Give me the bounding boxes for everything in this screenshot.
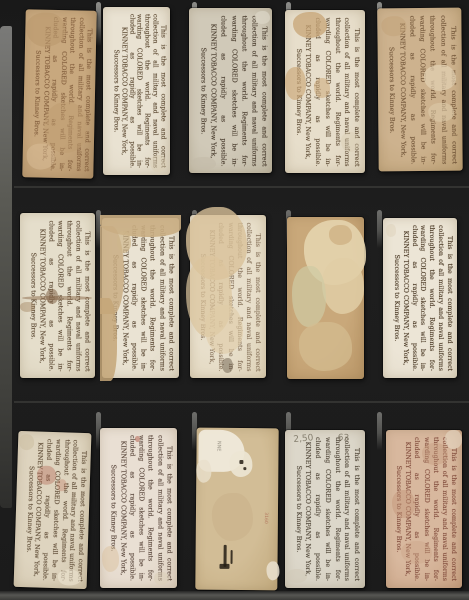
stain [382, 16, 407, 36]
card-text-line: warding COLORED sketches will be in- [227, 15, 237, 166]
card-r2c3: This is the most complete and correctcol… [190, 215, 266, 378]
stain [20, 302, 35, 312]
stain [445, 430, 462, 449]
card-text-line: cluded as rapidly as possible. [127, 14, 135, 168]
card-r3c5: This is the most complete and correctcol… [386, 430, 462, 588]
card-text-line: This is the most complete and correct [444, 225, 453, 371]
stain [299, 322, 353, 371]
stain [424, 65, 456, 91]
card-r2c5: This is the most complete and correctcol… [383, 218, 457, 378]
pencil-note: 2,50 [293, 433, 314, 445]
card-text-line: KINNEY TOBACCO COMPANY, New York, [303, 437, 313, 581]
card-text-line: throughout the world. Regiments for- [142, 14, 150, 168]
card-text-line: KINNEY TOBACCO COMPANY, New York, [119, 14, 127, 168]
card-text-line: This is the most complete and correct [158, 14, 166, 168]
card-r2c1: This is the most complete and correctcol… [20, 213, 95, 378]
card-text-line: throughout the world. Regiments for- [332, 437, 342, 581]
card-text-line: throughout the world. Regiments for- [145, 435, 154, 581]
card-text-line: collection of all military and naval uni… [150, 14, 158, 168]
card-text-line: throughout the world. Regiments for- [426, 225, 435, 371]
stain [222, 358, 233, 373]
card-text-line: collection of all military and naval uni… [154, 435, 163, 581]
card-text-line: warding COLORED sketches will be in- [135, 14, 143, 168]
stain [341, 132, 359, 152]
card-r1c4: This is the most complete and correctcol… [285, 10, 365, 173]
stain [285, 67, 306, 100]
stain [26, 13, 66, 47]
card-text-line: This is the most complete and correct [258, 15, 268, 166]
card-back-text: This is the most complete and correctcol… [387, 225, 453, 371]
card-text-line: collection of all military and naval uni… [156, 225, 165, 371]
card-text-line: warding COLORED sketches will be in- [418, 225, 427, 371]
card-back-text: This is the most complete and correctcol… [289, 437, 361, 581]
card-text-line: cluded as rapidly as possible. [409, 225, 418, 371]
pocket-seam [14, 401, 469, 403]
stain [196, 460, 211, 483]
stain [293, 12, 327, 38]
card-text-line: throughout the world. Regiments for- [238, 15, 248, 166]
pocket-seam [14, 186, 469, 188]
card-r1c2: This is the most complete and correctcol… [103, 7, 170, 175]
card-text-line: This is the most complete and correct [164, 435, 173, 581]
stain [102, 546, 119, 572]
card-text-line: This is the most complete and correct [449, 437, 458, 581]
stain [26, 144, 55, 170]
card-text-line: cluded as rapidly as possible. [127, 435, 136, 581]
stain [150, 155, 167, 172]
stain [429, 102, 454, 122]
ink-mark [231, 549, 233, 564]
stain [46, 289, 58, 304]
pocket-slit [96, 2, 101, 46]
card-text-line: This is the most complete and correct [253, 222, 262, 371]
stain [392, 490, 415, 518]
card-back-text: This is the most complete and correctcol… [193, 15, 268, 166]
photo-card-album: This is the most complete and correctcol… [0, 0, 469, 600]
stain [422, 443, 448, 465]
card-back-text: This is the most complete and correctcol… [18, 438, 87, 582]
card-text-line: throughout the world. Regiments for- [147, 225, 156, 371]
page-edge-bottom [0, 591, 469, 600]
stain [154, 572, 169, 585]
stain [329, 225, 352, 244]
stain [266, 561, 279, 581]
card-text-line: KINNEY TOBACCO COMPANY, New York, [400, 225, 409, 371]
stain [44, 102, 88, 153]
card-text-line: KINNEY TOBACCO COMPANY, New York, [396, 15, 408, 164]
stain [19, 434, 34, 450]
page-edge-left [0, 26, 12, 508]
card-text-line: Successors to Kinney Bros. [111, 14, 119, 168]
card-r3c2: This is the most complete and correctcol… [100, 428, 177, 588]
stain [191, 157, 216, 170]
card-text-line: warding COLORED sketches will be in- [138, 225, 147, 371]
stain [57, 569, 81, 585]
card-text-line: warding COLORED sketches will be in- [416, 15, 428, 164]
card-text-line: collection of all military and naval uni… [342, 437, 352, 581]
stain [212, 493, 253, 542]
ink-mark [219, 564, 230, 569]
card-text-line: Successors to Kinney Bros. [391, 225, 400, 371]
stain [205, 305, 243, 354]
card-text-line: cluded as rapidly as possible. [406, 15, 418, 164]
card-r3c4: This is the most complete and correctcol… [285, 430, 365, 588]
stain [322, 258, 364, 315]
stain [287, 569, 307, 583]
card-text-line: cluded as rapidly as possible. [217, 15, 227, 166]
pocket-slit [377, 210, 382, 248]
ink-mark [239, 460, 243, 464]
pencil-note: 63 [337, 433, 349, 444]
card-text-line: This is the most complete and correct [351, 437, 361, 581]
card-text-line: throughout the world. Regiments for- [332, 17, 342, 166]
card-text-line: collection of all military and naval uni… [248, 15, 258, 166]
stain [401, 541, 431, 565]
ink-note: NNE [215, 441, 221, 452]
card-r3c3: NNE3160 [195, 428, 278, 591]
card-text-line: collection of all military and naval uni… [435, 225, 444, 371]
card-text-line: This is the most complete and correct [166, 225, 175, 371]
card-text-line: warding COLORED sketches will be in- [322, 437, 332, 581]
card-r1c3: This is the most complete and correctcol… [189, 8, 272, 173]
ink-note: 3160 [263, 512, 268, 523]
card-r1c5: This is the most complete and correctcol… [377, 8, 462, 172]
card-r2c2: This is the most complete and correctcol… [102, 218, 179, 378]
card-r2c4 [287, 217, 364, 379]
card-r1c1: This is the most complete and correctcol… [22, 9, 97, 178]
card-back-text: This is the most complete and correctcol… [381, 15, 458, 165]
card-text-line: cluded as rapidly as possible. [312, 437, 322, 581]
card-text-line: This is the most complete and correct [447, 15, 459, 164]
pocket-slit [377, 412, 382, 450]
card-text-line: warding COLORED sketches will be in- [136, 435, 145, 581]
card-text-line: This is the most complete and correct [82, 220, 91, 371]
card-text-line: KINNEY TOBACCO COMPANY, New York, [207, 15, 217, 166]
card-back-text: This is the most complete and correctcol… [107, 14, 166, 168]
stain [292, 266, 327, 328]
card-r3c1: This is the most complete and correctcol… [14, 431, 92, 589]
card-text-line: Successors to Kinney Bros. [293, 437, 303, 581]
card-text-line: Successors to Kinney Bros. [197, 15, 207, 166]
stain [314, 78, 330, 98]
